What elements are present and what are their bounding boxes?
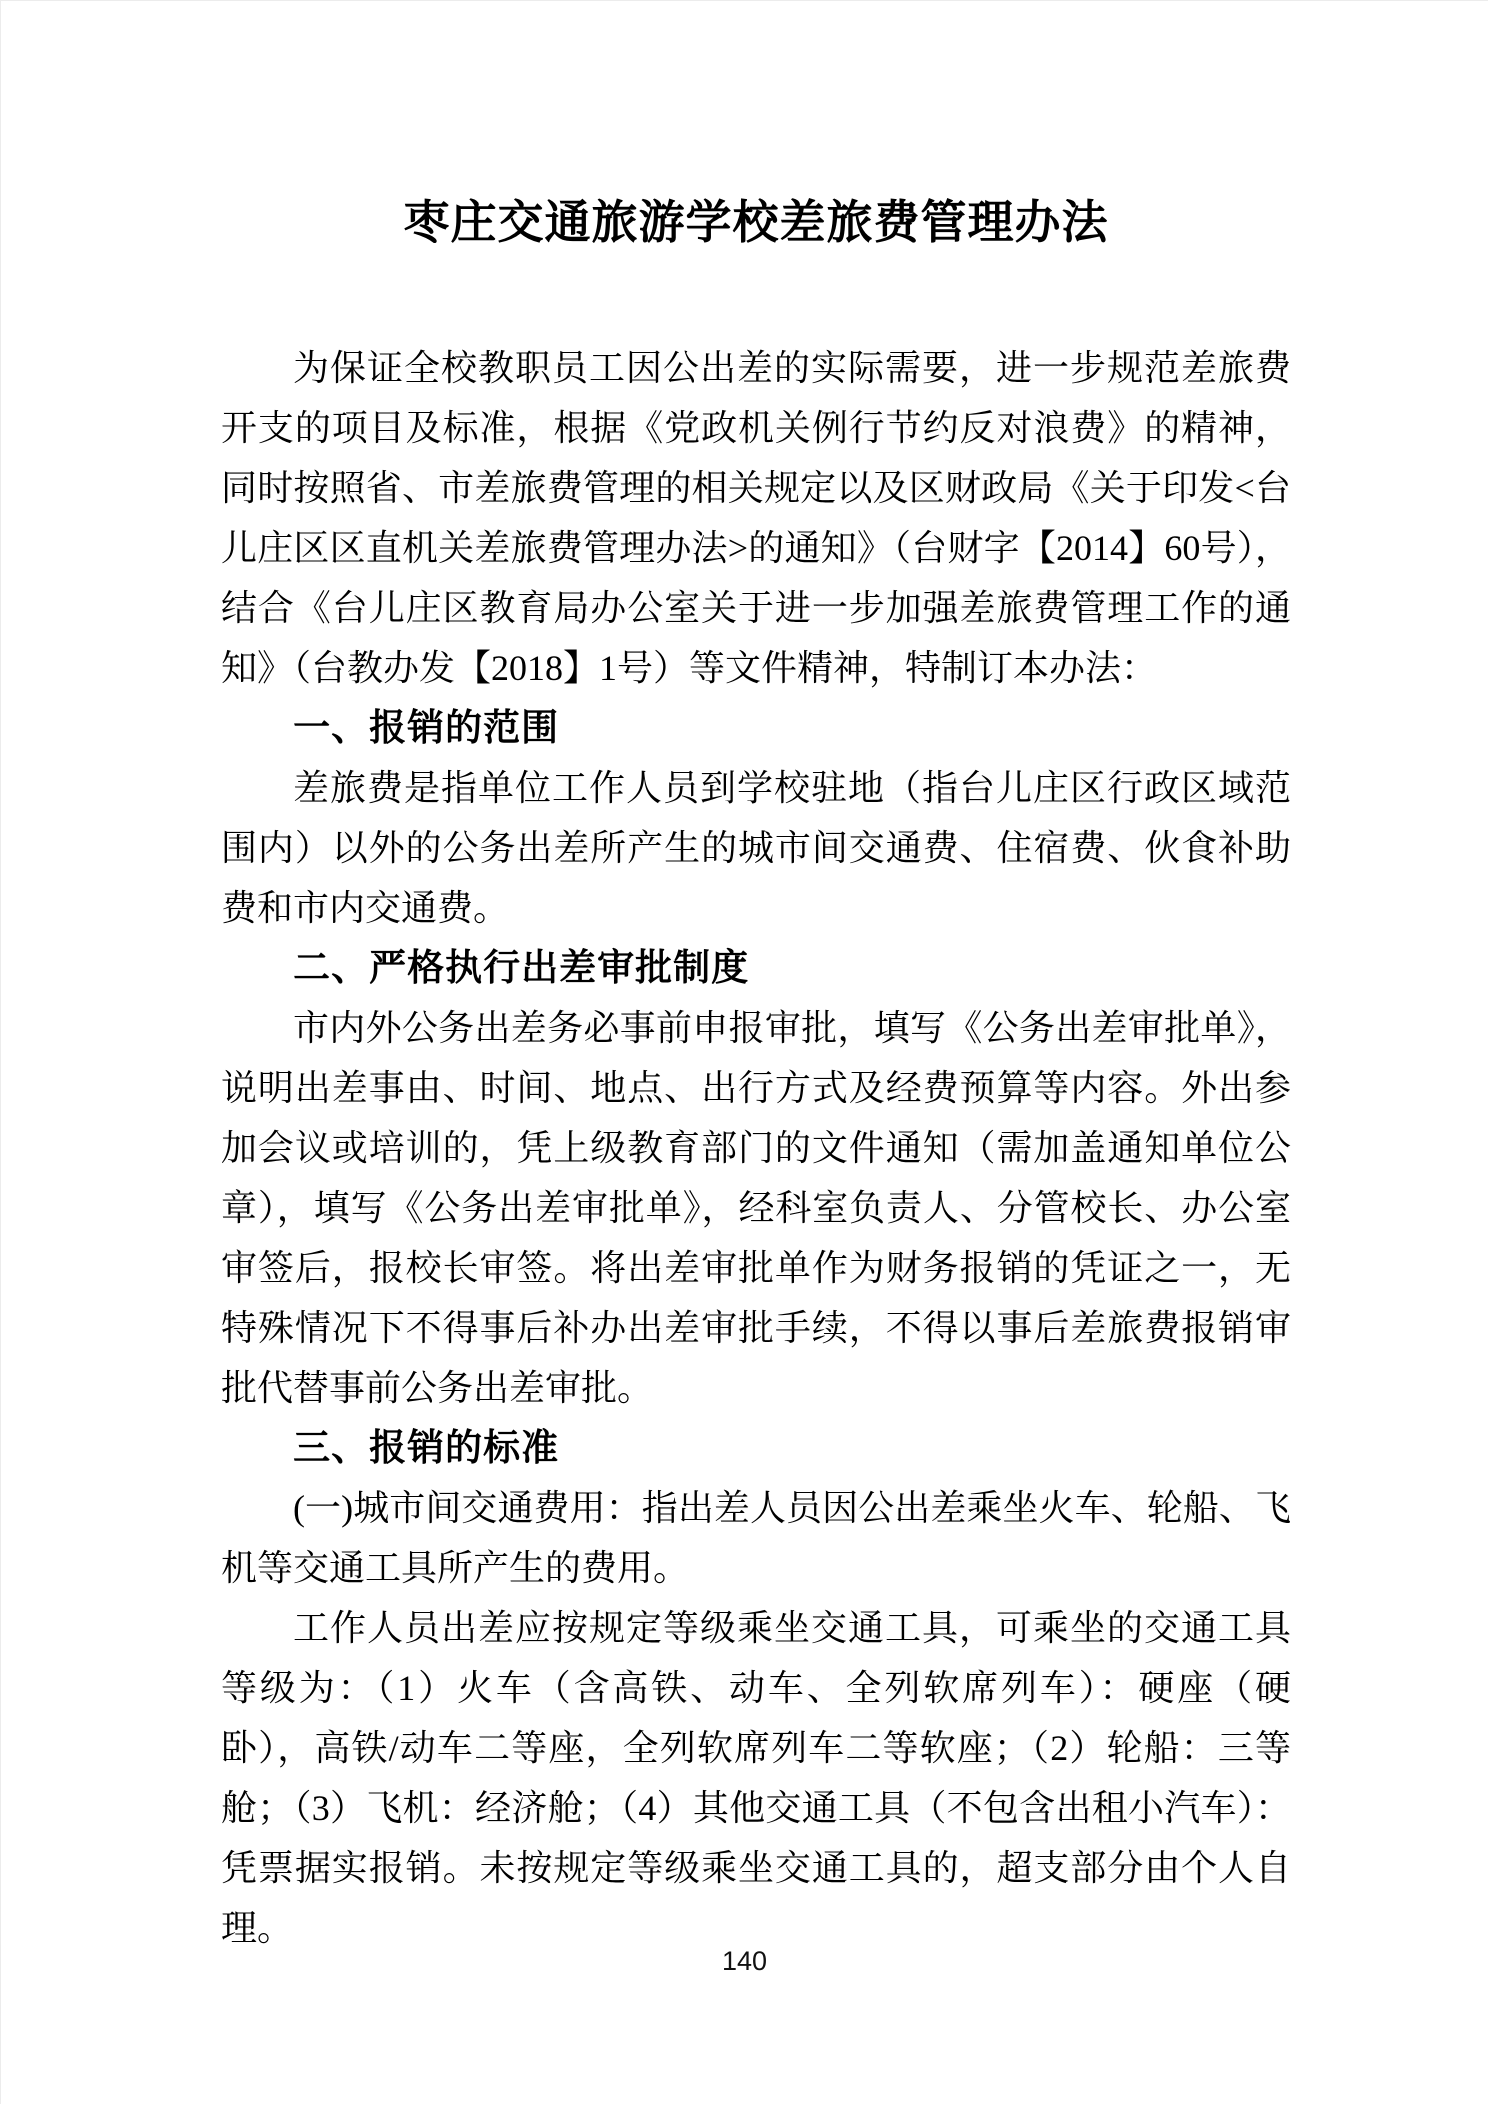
paragraph-intro: 为保证全校教职员工因公出差的实际需要，进一步规范差旅费开支的项目及标准，根据《党… [221, 338, 1291, 698]
paragraph-scope: 差旅费是指单位工作人员到学校驻地（指台儿庄区行政区域范围内）以外的公务出差所产生… [221, 758, 1291, 938]
document-body: 枣庄交通旅游学校差旅费管理办法 为保证全校教职员工因公出差的实际需要，进一步规范… [221, 193, 1291, 1958]
page-number: 140 [1, 1945, 1488, 1977]
section-heading-1: 一、报销的范围 [221, 698, 1291, 758]
paragraph-transport-fee: (一)城市间交通费用：指出差人员因公出差乘坐火车、轮船、飞机等交通工具所产生的费… [221, 1478, 1291, 1598]
document-title: 枣庄交通旅游学校差旅费管理办法 [221, 193, 1291, 253]
paragraph-approval: 市内外公务出差务必事前申报审批，填写《公务出差审批单》，说明出差事由、时间、地点… [221, 998, 1291, 1418]
paragraph-transport-class: 工作人员出差应按规定等级乘坐交通工具，可乘坐的交通工具等级为：（1）火车（含高铁… [221, 1598, 1291, 1958]
section-heading-3: 三、报销的标准 [221, 1418, 1291, 1478]
section-heading-2: 二、严格执行出差审批制度 [221, 938, 1291, 998]
document-page: 枣庄交通旅游学校差旅费管理办法 为保证全校教职员工因公出差的实际需要，进一步规范… [0, 0, 1488, 2104]
